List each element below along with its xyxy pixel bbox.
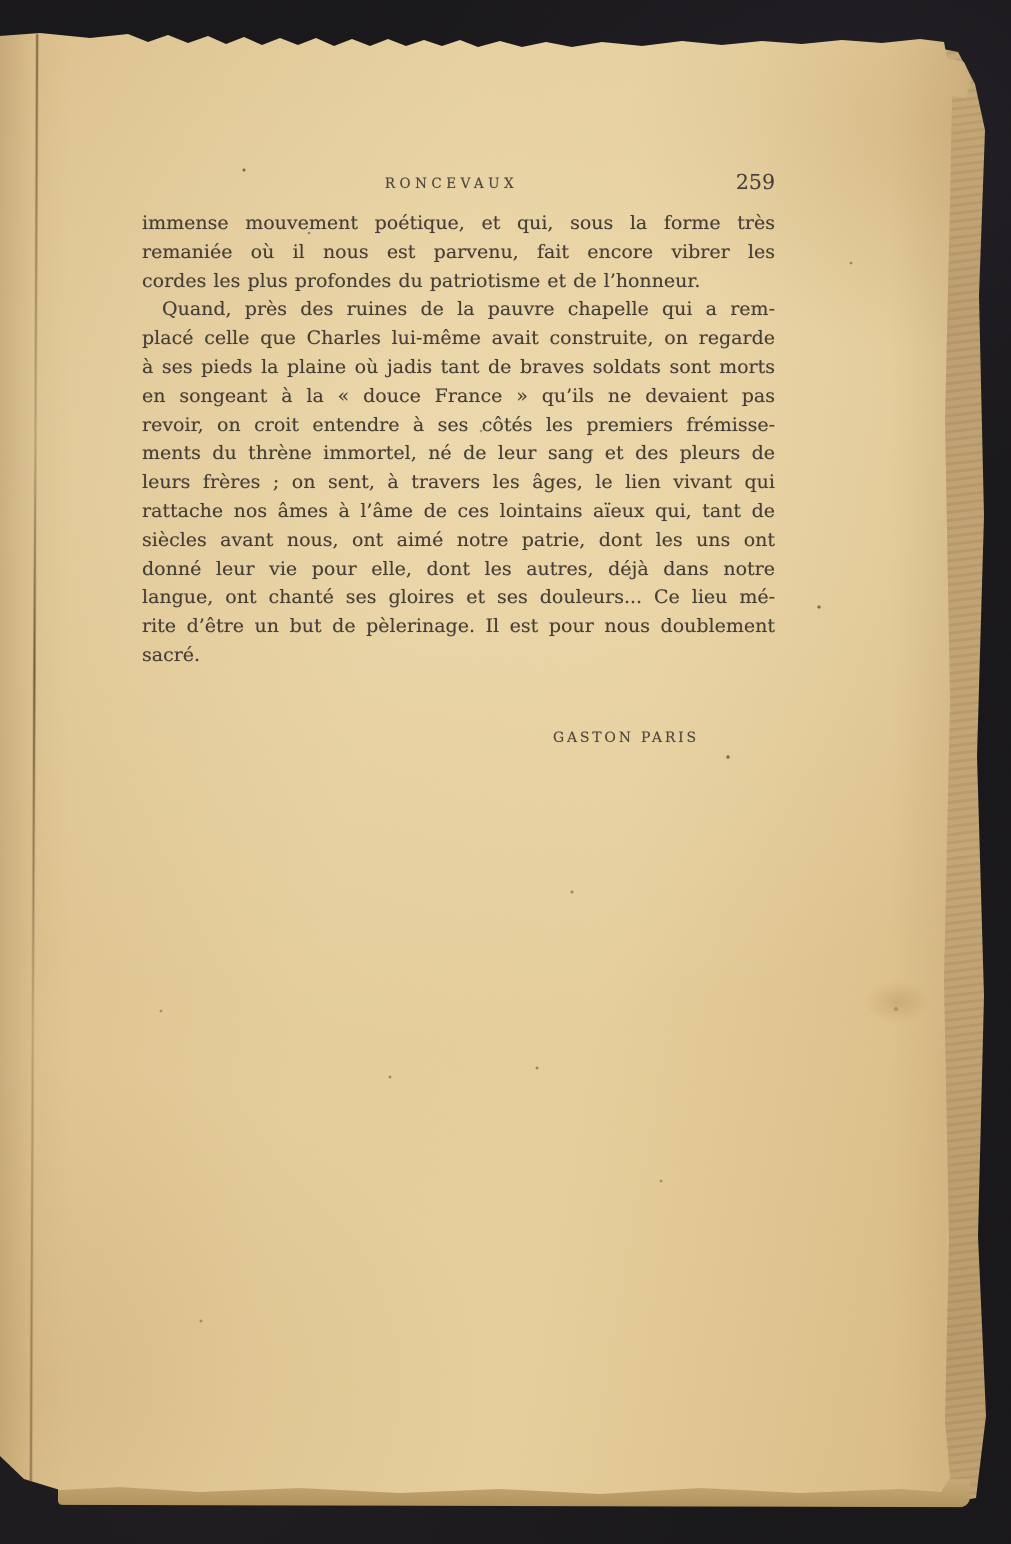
body-text: immense mouvement poétique, et qui, sous… [142,209,775,670]
text-line: sacré. [142,641,775,670]
text-line: ments du thrène immortel, né de leur san… [142,439,775,468]
page-number: 259 [142,170,775,194]
text-line: placé celle que Charles lui-même avait c… [142,324,775,353]
text-line: siècles avant nous, ont aimé notre patri… [142,526,775,555]
text-line: rattache nos âmes à l’âme de ces lointai… [142,497,775,526]
author-signature: GASTON PARIS [553,730,699,746]
text-line: Quand, près des ruines de la pauvre chap… [142,295,775,324]
text-line: en songeant à la « douce France » qu’ils… [142,382,775,411]
text-line: revoir, on croit entendre à ses côtés le… [142,411,775,440]
text-line: leurs frères ; on sent, à travers les âg… [142,468,775,497]
book-page: RONCEVAUX 259 immense mouvement poétique… [0,0,1011,1544]
text-line: cordes les plus profondes du patriotisme… [142,267,775,296]
binding-crease [30,34,38,1484]
text-line: rite d’être un but de pèlerinage. Il est… [142,612,775,641]
text-line: donné leur vie pour elle, dont les autre… [142,555,775,584]
text-line: à ses pieds la plaine où jadis tant de b… [142,353,775,382]
scanned-book-page: RONCEVAUX 259 immense mouvement poétique… [0,0,1011,1544]
text-line: immense mouvement poétique, et qui, sous… [142,209,775,238]
text-line: langue, ont chanté ses gloires et ses do… [142,583,775,612]
text-line: remaniée où il nous est parvenu, fait en… [142,238,775,267]
